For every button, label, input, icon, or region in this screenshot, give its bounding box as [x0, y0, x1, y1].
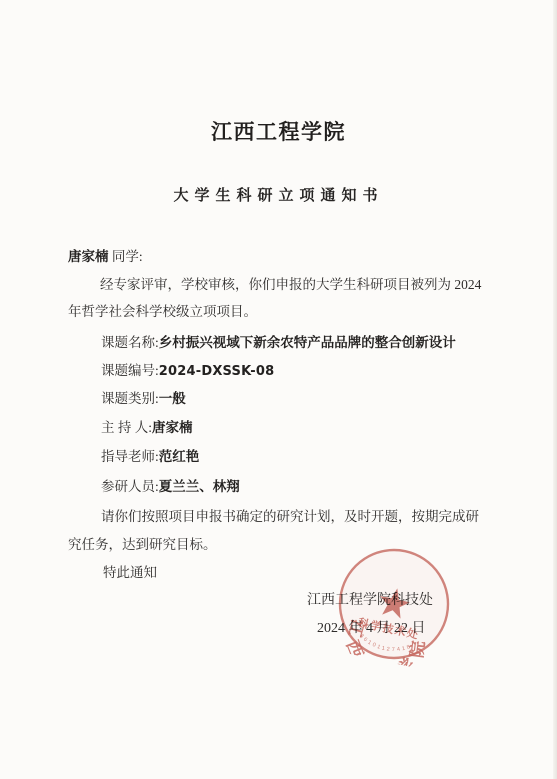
notice-statement: 特此通知 — [103, 563, 157, 583]
field-label: 课题编号: — [101, 363, 159, 378]
document-title: 江西工程学院 — [0, 118, 557, 148]
field-row-advisor: 指导老师:范红艳 — [101, 447, 199, 467]
scan-edge-shadow — [553, 0, 557, 779]
field-row-project-title: 课题名称:乡村振兴视域下新余农特产品品牌的整合创新设计 — [101, 333, 456, 353]
field-row-project-number: 课题编号:2024-DXSSK-08 — [101, 361, 274, 382]
intro-paragraph-line-1: 经专家评审，学校审核，你们申报的大学生科研项目被列为 2024 — [100, 275, 481, 295]
student-name: 唐家楠 — [68, 249, 109, 264]
salutation-suffix: 同学: — [109, 249, 143, 264]
field-label: 主 持 人: — [101, 420, 152, 435]
field-row-project-leader: 主 持 人:唐家楠 — [101, 418, 193, 438]
field-label: 指导老师: — [101, 449, 159, 464]
participants-value: 夏兰兰、林翔 — [159, 479, 240, 494]
field-label: 参研人员: — [101, 479, 159, 494]
field-label: 课题类别: — [101, 391, 159, 406]
project-title-value: 乡村振兴视域下新余农特产品品牌的整合创新设计 — [159, 335, 456, 350]
document-page: 江西工程学院 大学生科研立项通知书 唐家楠 同学: 经专家评审，学校审核，你们申… — [0, 0, 557, 779]
document-subtitle: 大学生科研立项通知书 — [0, 184, 557, 208]
closing-paragraph-line-2: 究任务，达到研究目标。 — [68, 535, 217, 555]
official-seal: 江西工程学院 科学技术处 36101127418 — [325, 535, 463, 673]
field-row-project-category: 课题类别:一般 — [101, 389, 186, 409]
intro-paragraph-line-2: 年哲学社会科学校级立项项目。 — [68, 302, 257, 322]
field-label: 课题名称: — [101, 335, 159, 350]
advisor-value: 范红艳 — [159, 449, 200, 464]
project-leader-value: 唐家楠 — [152, 420, 193, 435]
project-number-value: 2024-DXSSK-08 — [159, 364, 275, 379]
field-row-participants: 参研人员:夏兰兰、林翔 — [101, 477, 240, 497]
salutation-line: 唐家楠 同学: — [68, 247, 143, 267]
project-category-value: 一般 — [159, 391, 186, 406]
closing-paragraph-line-1: 请你们按照项目申报书确定的研究计划，及时开题，按期完成研 — [101, 507, 479, 527]
